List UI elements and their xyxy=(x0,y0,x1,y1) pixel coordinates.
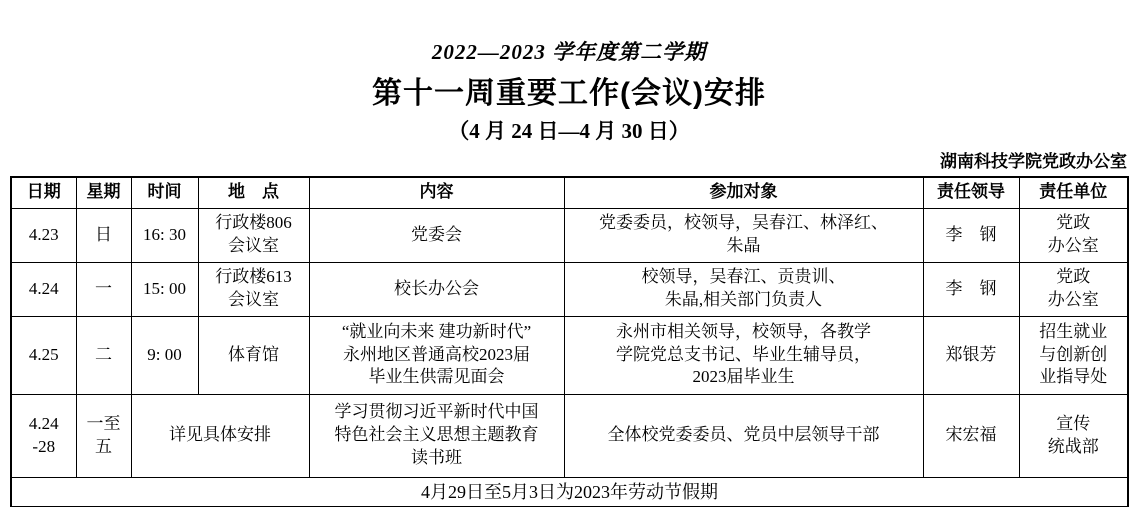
cell-date: 4.24 -28 xyxy=(11,394,76,477)
cell-time: 16: 30 xyxy=(131,208,198,262)
cell-location: 体育馆 xyxy=(198,316,309,394)
holiday-note: 4月29日至5月3日为2023年劳动节假期 xyxy=(11,477,1128,507)
cell-time: 9: 00 xyxy=(131,316,198,394)
cell-content: 学习贯彻习近平新时代中国 特色社会主义思想主题教育 读书班 xyxy=(309,394,564,477)
header-weekday: 星期 xyxy=(76,177,131,208)
cell-time: 15: 00 xyxy=(131,262,198,316)
cell-location: 行政楼806 会议室 xyxy=(198,208,309,262)
date-range: （4 月 24 日—4 月 30 日） xyxy=(0,115,1138,145)
cell-time-location-merged: 详见具体安排 xyxy=(131,394,309,477)
cell-unit: 招生就业 与创新创 业指导处 xyxy=(1019,316,1128,394)
table-row: 4.24 -28 一至 五 详见具体安排 学习贯彻习近平新时代中国 特色社会主义… xyxy=(11,394,1128,477)
cell-date: 4.25 xyxy=(11,316,76,394)
cell-weekday: 日 xyxy=(76,208,131,262)
header-date: 日期 xyxy=(11,177,76,208)
cell-content: 党委会 xyxy=(309,208,564,262)
table-row: 4.25 二 9: 00 体育馆 “就业向未来 建功新时代” 永州地区普通高校2… xyxy=(11,316,1128,394)
header-location: 地 点 xyxy=(198,177,309,208)
cell-content: 校长办公会 xyxy=(309,262,564,316)
header-time: 时间 xyxy=(131,177,198,208)
cell-leader: 李 钢 xyxy=(923,262,1019,316)
cell-weekday: 一至 五 xyxy=(76,394,131,477)
cell-unit: 党政 办公室 xyxy=(1019,208,1128,262)
header-unit: 责任单位 xyxy=(1019,177,1128,208)
table-row: 4.24 一 15: 00 行政楼613 会议室 校长办公会 校领导，吴春江、贡… xyxy=(11,262,1128,316)
schedule-table: 日期 星期 时间 地 点 内容 参加对象 责任领导 责任单位 4.23 日 16… xyxy=(10,176,1129,507)
cell-weekday: 二 xyxy=(76,316,131,394)
header-content: 内容 xyxy=(309,177,564,208)
cell-participants: 校领导，吴春江、贡贵训、 朱晶,相关部门负责人 xyxy=(564,262,923,316)
cell-date: 4.24 xyxy=(11,262,76,316)
table-row: 4.23 日 16: 30 行政楼806 会议室 党委会 党委委员，校领导，吴春… xyxy=(11,208,1128,262)
header-participants: 参加对象 xyxy=(564,177,923,208)
cell-date: 4.23 xyxy=(11,208,76,262)
cell-location: 行政楼613 会议室 xyxy=(198,262,309,316)
header-leader: 责任领导 xyxy=(923,177,1019,208)
table-footer-row: 4月29日至5月3日为2023年劳动节假期 xyxy=(11,477,1128,507)
issuing-office: 湖南科技学院党政办公室 xyxy=(0,147,1127,172)
cell-leader: 郑银芳 xyxy=(923,316,1019,394)
cell-unit: 党政 办公室 xyxy=(1019,262,1128,316)
semester-title: 2022—2023 学年度第二学期 xyxy=(0,36,1138,66)
cell-leader: 宋宏福 xyxy=(923,394,1019,477)
cell-weekday: 一 xyxy=(76,262,131,316)
page-title: 第十一周重要工作(会议)安排 xyxy=(0,68,1138,112)
cell-participants: 永州市相关领导，校领导，各教学 学院党总支书记、毕业生辅导员， 2023届毕业生 xyxy=(564,316,923,394)
table-header-row: 日期 星期 时间 地 点 内容 参加对象 责任领导 责任单位 xyxy=(11,177,1128,208)
document-page: 2022—2023 学年度第二学期 第十一周重要工作(会议)安排 （4 月 24… xyxy=(0,0,1138,507)
cell-participants: 党委委员，校领导，吴春江、林泽红、 朱晶 xyxy=(564,208,923,262)
cell-leader: 李 钢 xyxy=(923,208,1019,262)
cell-participants: 全体校党委委员、党员中层领导干部 xyxy=(564,394,923,477)
cell-content: “就业向未来 建功新时代” 永州地区普通高校2023届 毕业生供需见面会 xyxy=(309,316,564,394)
cell-unit: 宣传 统战部 xyxy=(1019,394,1128,477)
